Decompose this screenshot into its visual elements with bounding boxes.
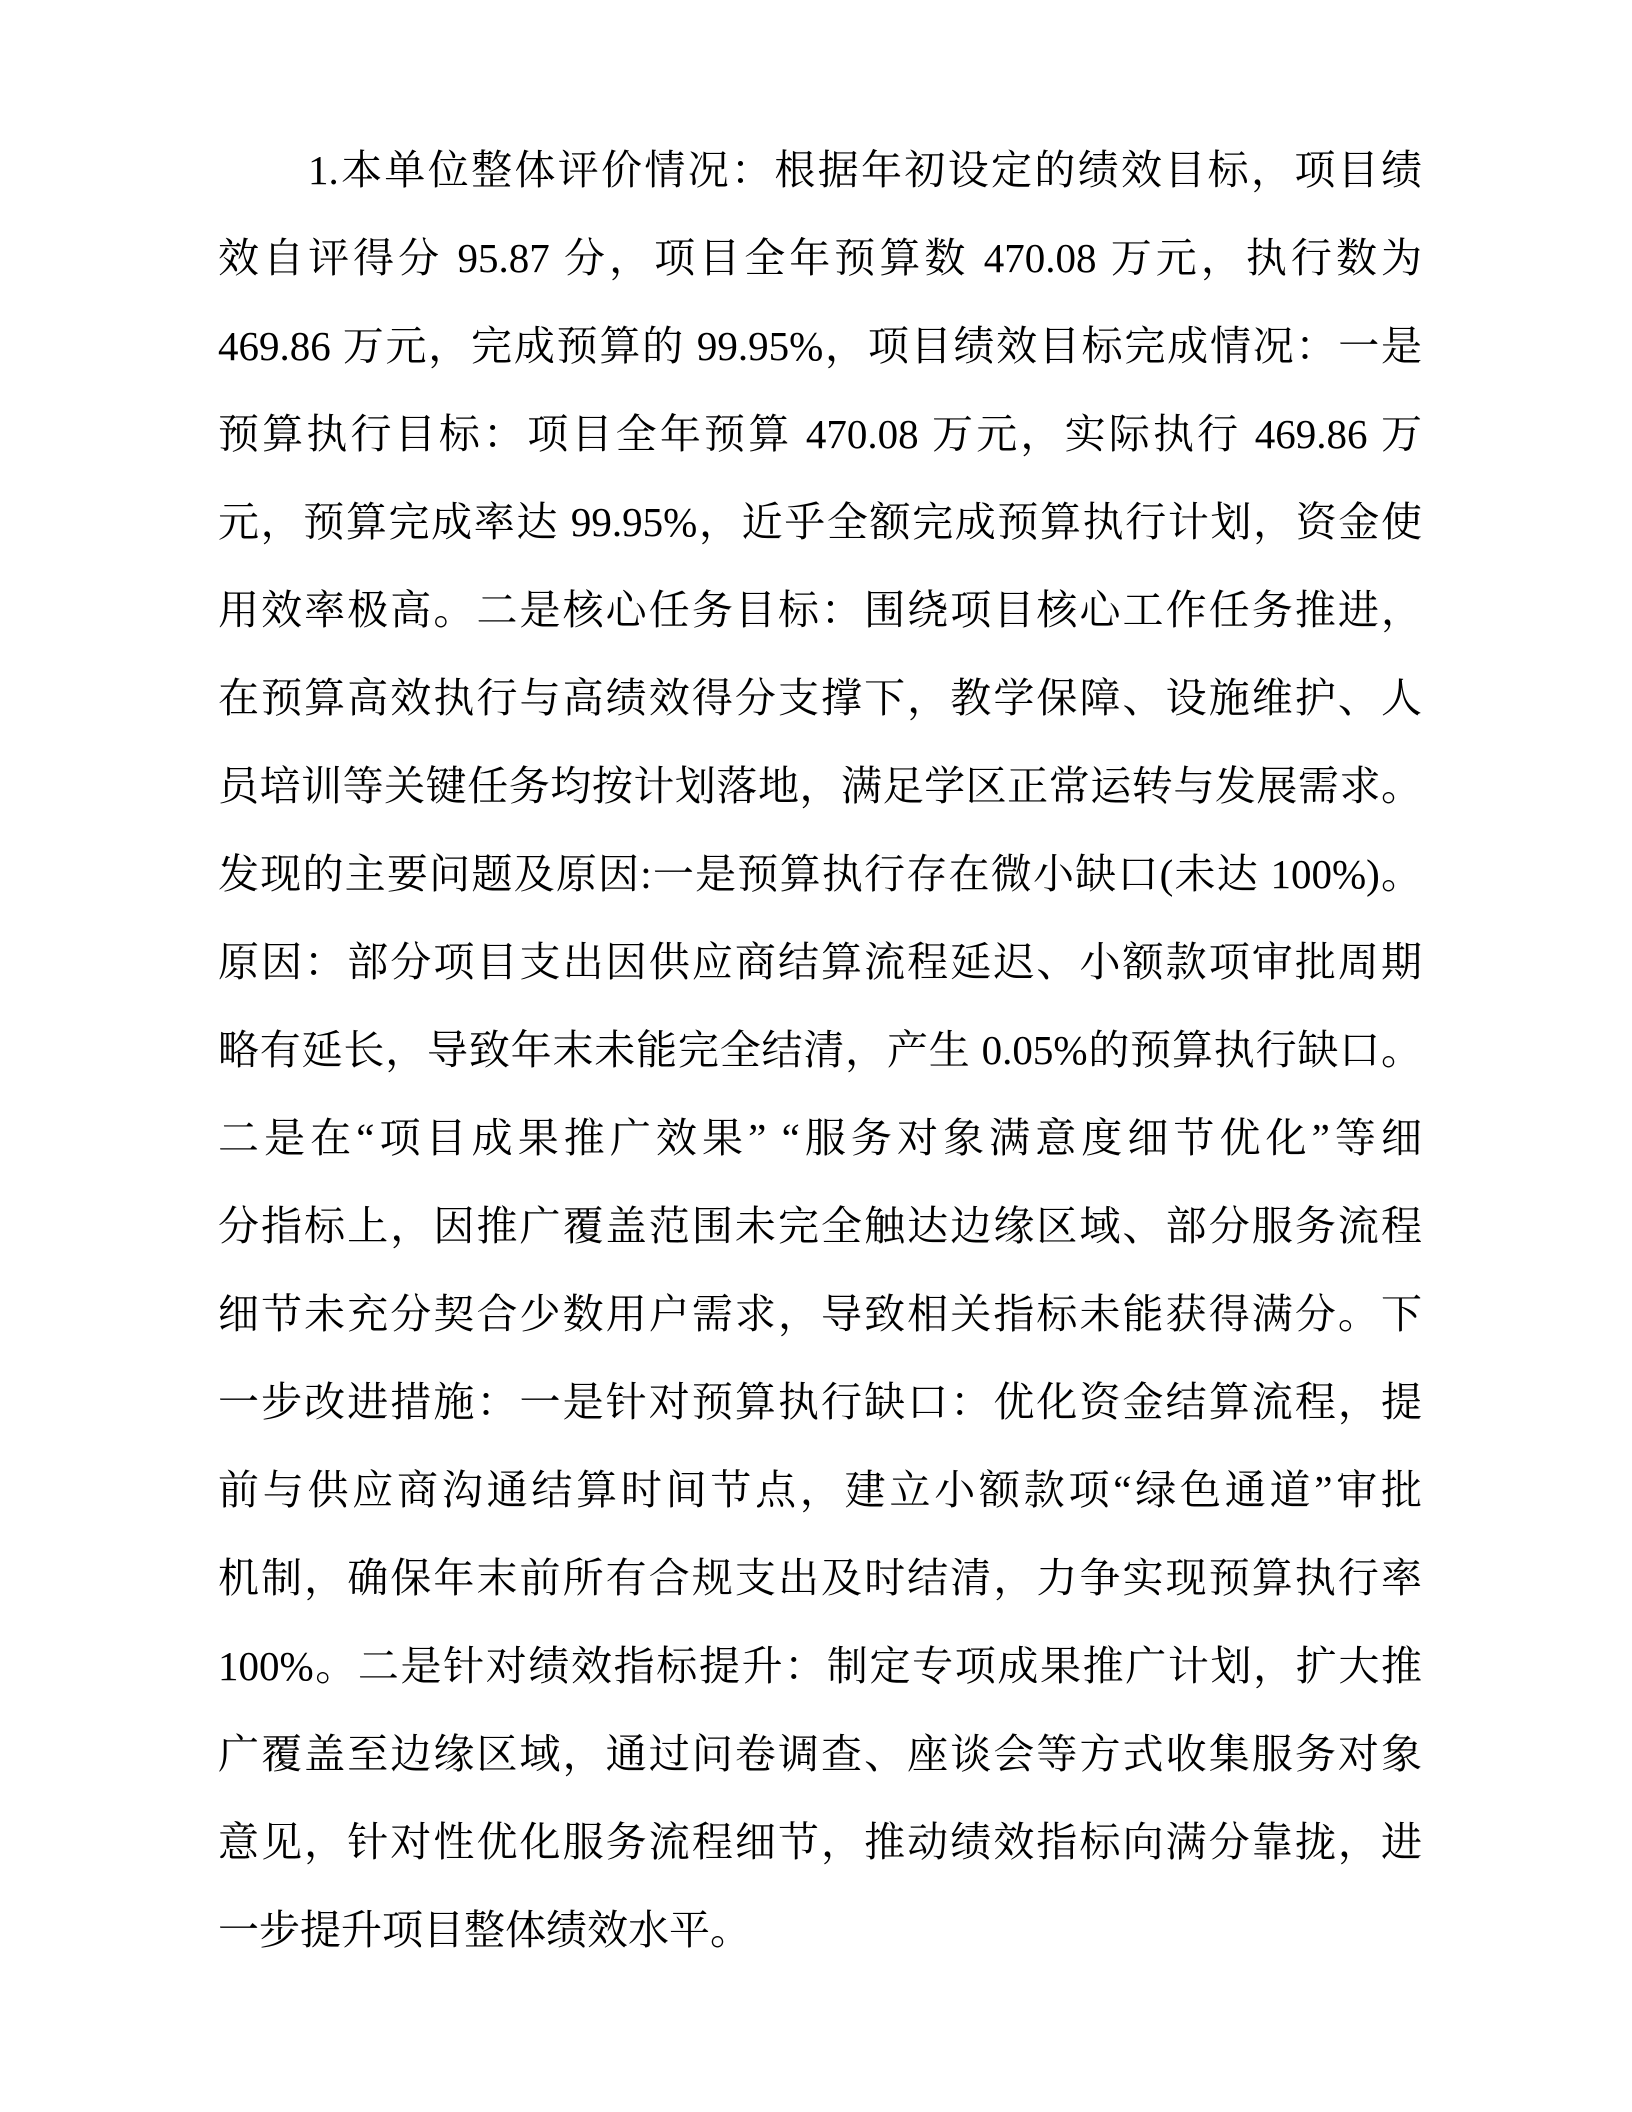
text-line: 细节未充分契合少数用户需求，导致相关指标未能获得满分。下	[218, 1270, 1422, 1358]
text-line: 一步提升项目整体绩效水平。	[218, 1886, 1422, 1974]
text-line: 意见，针对性优化服务流程细节，推动绩效指标向满分靠拢，进	[218, 1798, 1422, 1886]
text-line: 原因：部分项目支出因供应商结算流程延迟、小额款项审批周期	[218, 918, 1422, 1006]
text-line: 发现的主要问题及原因:一是预算执行存在微小缺口(未达 100%)。	[218, 830, 1422, 918]
text-line: 元，预算完成率达 99.95%，近乎全额完成预算执行计划，资金使	[218, 478, 1422, 566]
text-line: 前与供应商沟通结算时间节点，建立小额款项“绿色通道”审批	[218, 1446, 1422, 1534]
text-line: 1.本单位整体评价情况：根据年初设定的绩效目标，项目绩	[218, 126, 1422, 214]
text-line: 分指标上，因推广覆盖范围未完全触达边缘区域、部分服务流程	[218, 1182, 1422, 1270]
text-line: 一步改进措施：一是针对预算执行缺口：优化资金结算流程，提	[218, 1358, 1422, 1446]
text-line: 略有延长，导致年末未能完全结清，产生 0.05%的预算执行缺口。	[218, 1006, 1422, 1094]
report-paragraph: 1.本单位整体评价情况：根据年初设定的绩效目标，项目绩 效自评得分 95.87 …	[218, 126, 1422, 1974]
text-line: 机制，确保年末前所有合规支出及时结清，力争实现预算执行率	[218, 1534, 1422, 1622]
text-line: 用效率极高。二是核心任务目标：围绕项目核心工作任务推进，	[218, 566, 1422, 654]
text-line: 广覆盖至边缘区域，通过问卷调查、座谈会等方式收集服务对象	[218, 1710, 1422, 1798]
text-line: 在预算高效执行与高绩效得分支撑下，教学保障、设施维护、人	[218, 654, 1422, 742]
text-line: 469.86 万元，完成预算的 99.95%，项目绩效目标完成情况：一是	[218, 302, 1422, 390]
text-line: 效自评得分 95.87 分，项目全年预算数 470.08 万元，执行数为	[218, 214, 1422, 302]
text-line: 二是在“项目成果推广效果” “服务对象满意度细节优化”等细	[218, 1094, 1422, 1182]
text-line: 100%。二是针对绩效指标提升：制定专项成果推广计划，扩大推	[218, 1622, 1422, 1710]
document-page: 1.本单位整体评价情况：根据年初设定的绩效目标，项目绩 效自评得分 95.87 …	[0, 0, 1632, 2112]
text-line: 预算执行目标：项目全年预算 470.08 万元，实际执行 469.86 万	[218, 390, 1422, 478]
text-line: 员培训等关键任务均按计划落地，满足学区正常运转与发展需求。	[218, 742, 1422, 830]
